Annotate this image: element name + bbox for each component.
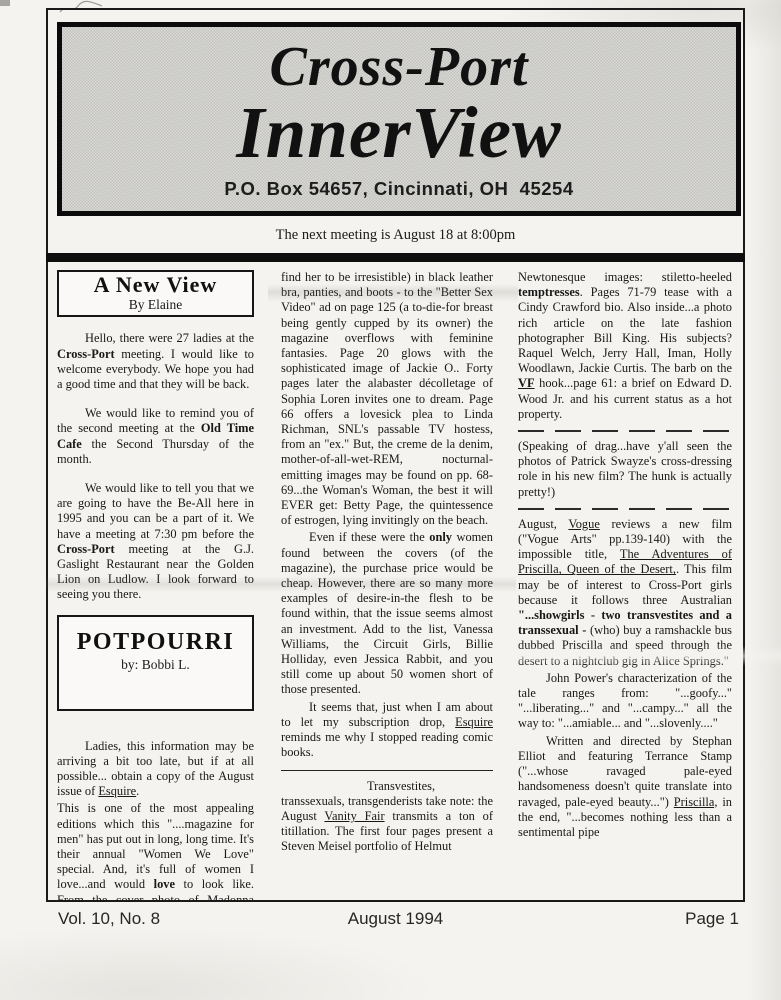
footer: Vol. 10, No. 8 August 1994 Page 1 xyxy=(46,909,745,933)
scan-edge-mark xyxy=(0,0,10,6)
dashed-divider xyxy=(518,508,732,510)
footer-page-number: Page 1 xyxy=(685,909,739,929)
paragraph: We would like to remind you of the secon… xyxy=(57,406,254,467)
article-body: Ladies, this information may be arriving… xyxy=(57,739,254,902)
article-headline-box: POTPOURRI by: Bobbi L. xyxy=(57,615,254,711)
column-left: A New View By Elaine Hello, there were 2… xyxy=(57,270,254,902)
article-body: find her to be irresistible) in black le… xyxy=(281,270,493,855)
scan-shadow xyxy=(747,0,781,1000)
meeting-notice: The next meeting is August 18 at 8:00pm xyxy=(46,227,745,244)
article-title: A New View xyxy=(59,273,252,297)
paragraph: Hello, there were 27 ladies at the Cross… xyxy=(57,331,254,392)
paragraph: (Speaking of drag...have y'all seen the … xyxy=(518,439,732,500)
footer-date: August 1994 xyxy=(46,909,745,929)
masthead-address: P.O. Box 54657, Cincinnati, OH 45254 xyxy=(62,178,736,200)
paragraph: find her to be irresistible) in black le… xyxy=(281,270,493,528)
paragraph: We would like to tell you that we are go… xyxy=(57,481,254,603)
paragraph: John Power's characterization of the tal… xyxy=(518,671,732,732)
paragraph: It seems that, just when I am about to l… xyxy=(281,700,493,761)
section-divider xyxy=(281,770,493,771)
paragraph: Newtonesque images: stiletto-heeled temp… xyxy=(518,270,732,422)
column-right: Newtonesque images: stiletto-heeled temp… xyxy=(518,270,732,902)
masthead: Cross-Port InnerView P.O. Box 54657, Cin… xyxy=(57,22,741,216)
newsletter-title-line2: InnerView xyxy=(62,96,736,169)
newsletter-title-line1: Cross-Port xyxy=(62,39,736,95)
article-byline: by: Bobbi L. xyxy=(59,657,252,672)
content-divider-bar xyxy=(46,253,745,262)
paragraph: August, Vogue reviews a new film ("Vogue… xyxy=(518,517,732,669)
paragraph: Even if these were the only women found … xyxy=(281,530,493,697)
article-body: Newtonesque images: stiletto-heeled temp… xyxy=(518,270,732,840)
dashed-divider xyxy=(518,430,732,432)
paragraph: Transvestites, transsexuals, transgender… xyxy=(281,779,493,855)
column-middle: find her to be irresistible) in black le… xyxy=(281,270,493,902)
article-byline: By Elaine xyxy=(59,297,252,312)
article-body: Hello, there were 27 ladies at the Cross… xyxy=(57,331,254,602)
paragraph: This is one of the most appealing editio… xyxy=(57,801,254,902)
article-headline-box: A New View By Elaine xyxy=(57,270,254,317)
paragraph: Written and directed by Stephan Elliot a… xyxy=(518,734,732,840)
article-title: POTPOURRI xyxy=(59,630,252,654)
paragraph: Ladies, this information may be arriving… xyxy=(57,739,254,800)
